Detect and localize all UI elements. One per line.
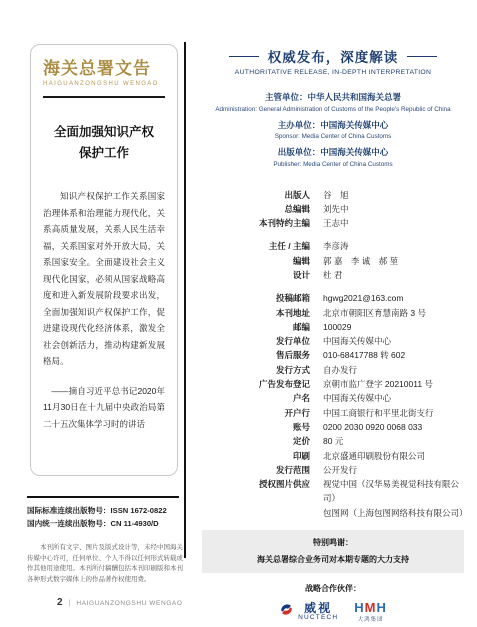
masthead-label: 印刷 bbox=[202, 449, 310, 463]
masthead-row: 本刊特约主编王志中 bbox=[202, 216, 464, 230]
masthead-label: 发行范围 bbox=[202, 463, 310, 477]
colophon-column: 权威发布，深度解读 AUTHORITATIVE RELEASE, IN-DEPT… bbox=[202, 46, 464, 623]
nuctech-chinese: 威视 bbox=[298, 602, 338, 614]
slogan-rule-right bbox=[407, 56, 437, 57]
partners-label: 战略合作伙伴： bbox=[202, 583, 464, 594]
masthead-value: 80 元 bbox=[323, 434, 343, 448]
masthead-row: 主任 / 主编李彦涛 bbox=[202, 239, 464, 253]
hmh-logo: HMH 大鸿集团 bbox=[354, 601, 387, 623]
masthead-row: 账号0200 2030 0920 0068 033 bbox=[202, 420, 464, 434]
issn-line: 国际标准连续出版物号：ISSN 1672-0822 bbox=[27, 504, 187, 517]
special-thanks-title: 特别鸣谢： bbox=[208, 537, 458, 548]
masthead-label: 户名 bbox=[202, 391, 310, 405]
hmh-letters: HMH bbox=[354, 601, 387, 614]
masthead-label: 总编辑 bbox=[202, 202, 310, 216]
masthead-label: 定价 bbox=[202, 434, 310, 448]
quote-body: 知识产权保护工作关系国家治理体系和治理能力现代化，关系高质量发展，关系人民生活幸… bbox=[43, 188, 165, 370]
masthead-value: 0200 2030 0920 0068 033 bbox=[323, 420, 422, 434]
masthead-label: 本刊地址 bbox=[202, 306, 310, 320]
masthead-value: 北京盛通印刷股份有限公司 bbox=[323, 449, 425, 463]
masthead-label: 投稿邮箱 bbox=[202, 291, 310, 305]
nuctech-swoosh-icon bbox=[279, 602, 294, 622]
masthead-row: 总编辑刘先中 bbox=[202, 202, 464, 216]
masthead-label: 售后服务 bbox=[202, 348, 310, 362]
masthead-value: 北京市朝阳区育慧南路 3 号 bbox=[323, 306, 426, 320]
masthead-label: 授权图片供应 bbox=[202, 477, 310, 506]
masthead-row: 印刷北京盛通印刷股份有限公司 bbox=[202, 449, 464, 463]
colophon-page: 海关总署文告 HAIGUANZONGSHU WENGAO 全面加强知识产权 保护… bbox=[0, 0, 477, 627]
masthead-value: 视觉中国（汉华易美视觉科技有限公司） bbox=[323, 477, 464, 506]
masthead-label bbox=[202, 506, 310, 520]
footer-brand: HAIGUANZONGSHU WENGAO bbox=[76, 600, 182, 607]
masthead-value: 谷 旭 bbox=[323, 188, 349, 202]
issn-block: 国际标准连续出版物号：ISSN 1672-0822 国内统一连续出版物号：CN … bbox=[27, 504, 187, 530]
masthead-label: 开户行 bbox=[202, 406, 310, 420]
administration-line-en: Administration: General Administration o… bbox=[202, 106, 464, 113]
masthead-row: 编辑郭 嘉 李 诚 郝 堃 bbox=[202, 254, 464, 268]
masthead-row: 邮编100029 bbox=[202, 320, 464, 334]
footer-separator: | bbox=[69, 600, 71, 607]
masthead-label: 账号 bbox=[202, 420, 310, 434]
masthead-label: 发行单位 bbox=[202, 334, 310, 348]
masthead-value: 王志中 bbox=[323, 216, 349, 230]
masthead-row: 设计杜 君 bbox=[202, 268, 464, 282]
administration-line: 主管单位：中华人民共和国海关总署 bbox=[202, 91, 464, 103]
special-thanks-body: 海关总署综合业务司对本期专题的大力支持 bbox=[208, 554, 458, 565]
slogan-english: AUTHORITATIVE RELEASE, IN-DEPTH INTERPRE… bbox=[202, 69, 464, 76]
copyright-notice: 本刊所有文字、图片及版式设计等，未经中国海关传媒中心许可，任何单位、个人不得以任… bbox=[27, 543, 183, 585]
quote-title-line2: 保护工作 bbox=[43, 143, 165, 164]
masthead-row: 授权图片供应视觉中国（汉华易美视觉科技有限公司） bbox=[202, 477, 464, 506]
masthead-row: 本刊地址北京市朝阳区育慧南路 3 号 bbox=[202, 306, 464, 320]
masthead-row: 发行范围公开发行 bbox=[202, 463, 464, 477]
special-thanks-box: 特别鸣谢： 海关总署综合业务司对本期专题的大力支持 bbox=[202, 530, 464, 573]
masthead-value: 中国海关传媒中心 bbox=[323, 334, 391, 348]
masthead-label: 设计 bbox=[202, 268, 310, 282]
masthead-value: 包图网（上海包图网络科技有限公司） bbox=[323, 506, 464, 520]
masthead-label: 本刊特约主编 bbox=[202, 216, 310, 230]
masthead-row: 定价80 元 bbox=[202, 434, 464, 448]
masthead-row: 开户行中国工商银行和平里北街支行 bbox=[202, 406, 464, 420]
masthead-row: 户名中国海关传媒中心 bbox=[202, 391, 464, 405]
nuctech-logo: 威视 NUCTECH bbox=[279, 602, 338, 622]
slogan-rule-left bbox=[229, 56, 259, 57]
nuctech-text: 威视 NUCTECH bbox=[298, 602, 338, 622]
page-footer: 2 | HAIGUANZONGSHU WENGAO bbox=[57, 597, 183, 608]
masthead-row: 发行方式自办发行 bbox=[202, 363, 464, 377]
masthead-value: 李彦涛 bbox=[323, 239, 349, 253]
masthead-value: 刘先中 bbox=[323, 202, 349, 216]
vertical-divider bbox=[184, 42, 186, 558]
publisher-line-en: Publisher: Media Center of China Customs bbox=[202, 161, 464, 168]
slogan-text: 权威发布，深度解读 bbox=[268, 46, 399, 66]
slogan-row: 权威发布，深度解读 bbox=[202, 46, 464, 66]
quote-attribution: ——摘自习近平总书记2020年11月30日在十九届中央政治局第二十五次集体学习时… bbox=[43, 383, 165, 433]
hmh-letter: H bbox=[377, 600, 387, 615]
gazette-logo-pinyin: HAIGUANZONGSHU WENGAO bbox=[43, 81, 165, 87]
quote-title: 全面加强知识产权 保护工作 bbox=[43, 122, 165, 164]
organization-block: 主管单位：中华人民共和国海关总署 Administration: General… bbox=[202, 91, 464, 168]
masthead-value: 010-68417788 转 602 bbox=[323, 348, 405, 362]
hmh-caption: 大鸿集团 bbox=[354, 615, 387, 623]
logo-divider bbox=[43, 96, 165, 98]
masthead-label: 出版人 bbox=[202, 188, 310, 202]
masthead: 出版人谷 旭 总编辑刘先中 本刊特约主编王志中 主任 / 主编李彦涛 编辑郭 嘉… bbox=[202, 188, 464, 521]
quote-title-line1: 全面加强知识产权 bbox=[43, 122, 165, 143]
hmh-letter: M bbox=[365, 600, 377, 615]
masthead-value: 中国海关传媒中心 bbox=[323, 391, 391, 405]
issn-divider bbox=[27, 496, 179, 498]
hmh-letter: H bbox=[354, 600, 364, 615]
masthead-label: 邮编 bbox=[202, 320, 310, 334]
masthead-value: 自办发行 bbox=[323, 363, 357, 377]
masthead-row: 包图网（上海包图网络科技有限公司） bbox=[202, 506, 464, 520]
masthead-value: 京朝市监广登字 20210011 号 bbox=[323, 377, 433, 391]
masthead-value: hgwg2021@163.com bbox=[323, 291, 403, 305]
masthead-label: 编辑 bbox=[202, 254, 310, 268]
masthead-value: 郭 嘉 李 诚 郝 堃 bbox=[323, 254, 398, 268]
nuctech-english: NUCTECH bbox=[298, 614, 338, 622]
masthead-label: 发行方式 bbox=[202, 363, 310, 377]
page-number: 2 bbox=[57, 597, 63, 608]
masthead-value: 公开发行 bbox=[323, 463, 357, 477]
gazette-logo: 海关总署文告 bbox=[43, 59, 165, 79]
masthead-value: 杜 君 bbox=[323, 268, 342, 282]
masthead-value: 100029 bbox=[323, 320, 351, 334]
masthead-row: 投稿邮箱hgwg2021@163.com bbox=[202, 291, 464, 305]
masthead-row: 售后服务010-68417788 转 602 bbox=[202, 348, 464, 362]
partner-logos: 威视 NUCTECH HMH 大鸿集团 bbox=[202, 601, 464, 623]
publisher-line: 出版单位：中国海关传媒中心 bbox=[202, 146, 464, 158]
masthead-row: 发行单位中国海关传媒中心 bbox=[202, 334, 464, 348]
sponsor-line: 主办单位：中国海关传媒中心 bbox=[202, 119, 464, 131]
masthead-row: 广告发布登记京朝市监广登字 20210011 号 bbox=[202, 377, 464, 391]
cn-line: 国内统一连续出版物号：CN 11-4930/D bbox=[27, 517, 187, 530]
masthead-label: 广告发布登记 bbox=[202, 377, 310, 391]
sidebar-quote-box: 海关总署文告 HAIGUANZONGSHU WENGAO 全面加强知识产权 保护… bbox=[30, 44, 178, 476]
sponsor-line-en: Sponsor: Media Center of China Customs bbox=[202, 133, 464, 140]
masthead-row: 出版人谷 旭 bbox=[202, 188, 464, 202]
masthead-value: 中国工商银行和平里北街支行 bbox=[323, 406, 434, 420]
masthead-label: 主任 / 主编 bbox=[202, 239, 310, 253]
